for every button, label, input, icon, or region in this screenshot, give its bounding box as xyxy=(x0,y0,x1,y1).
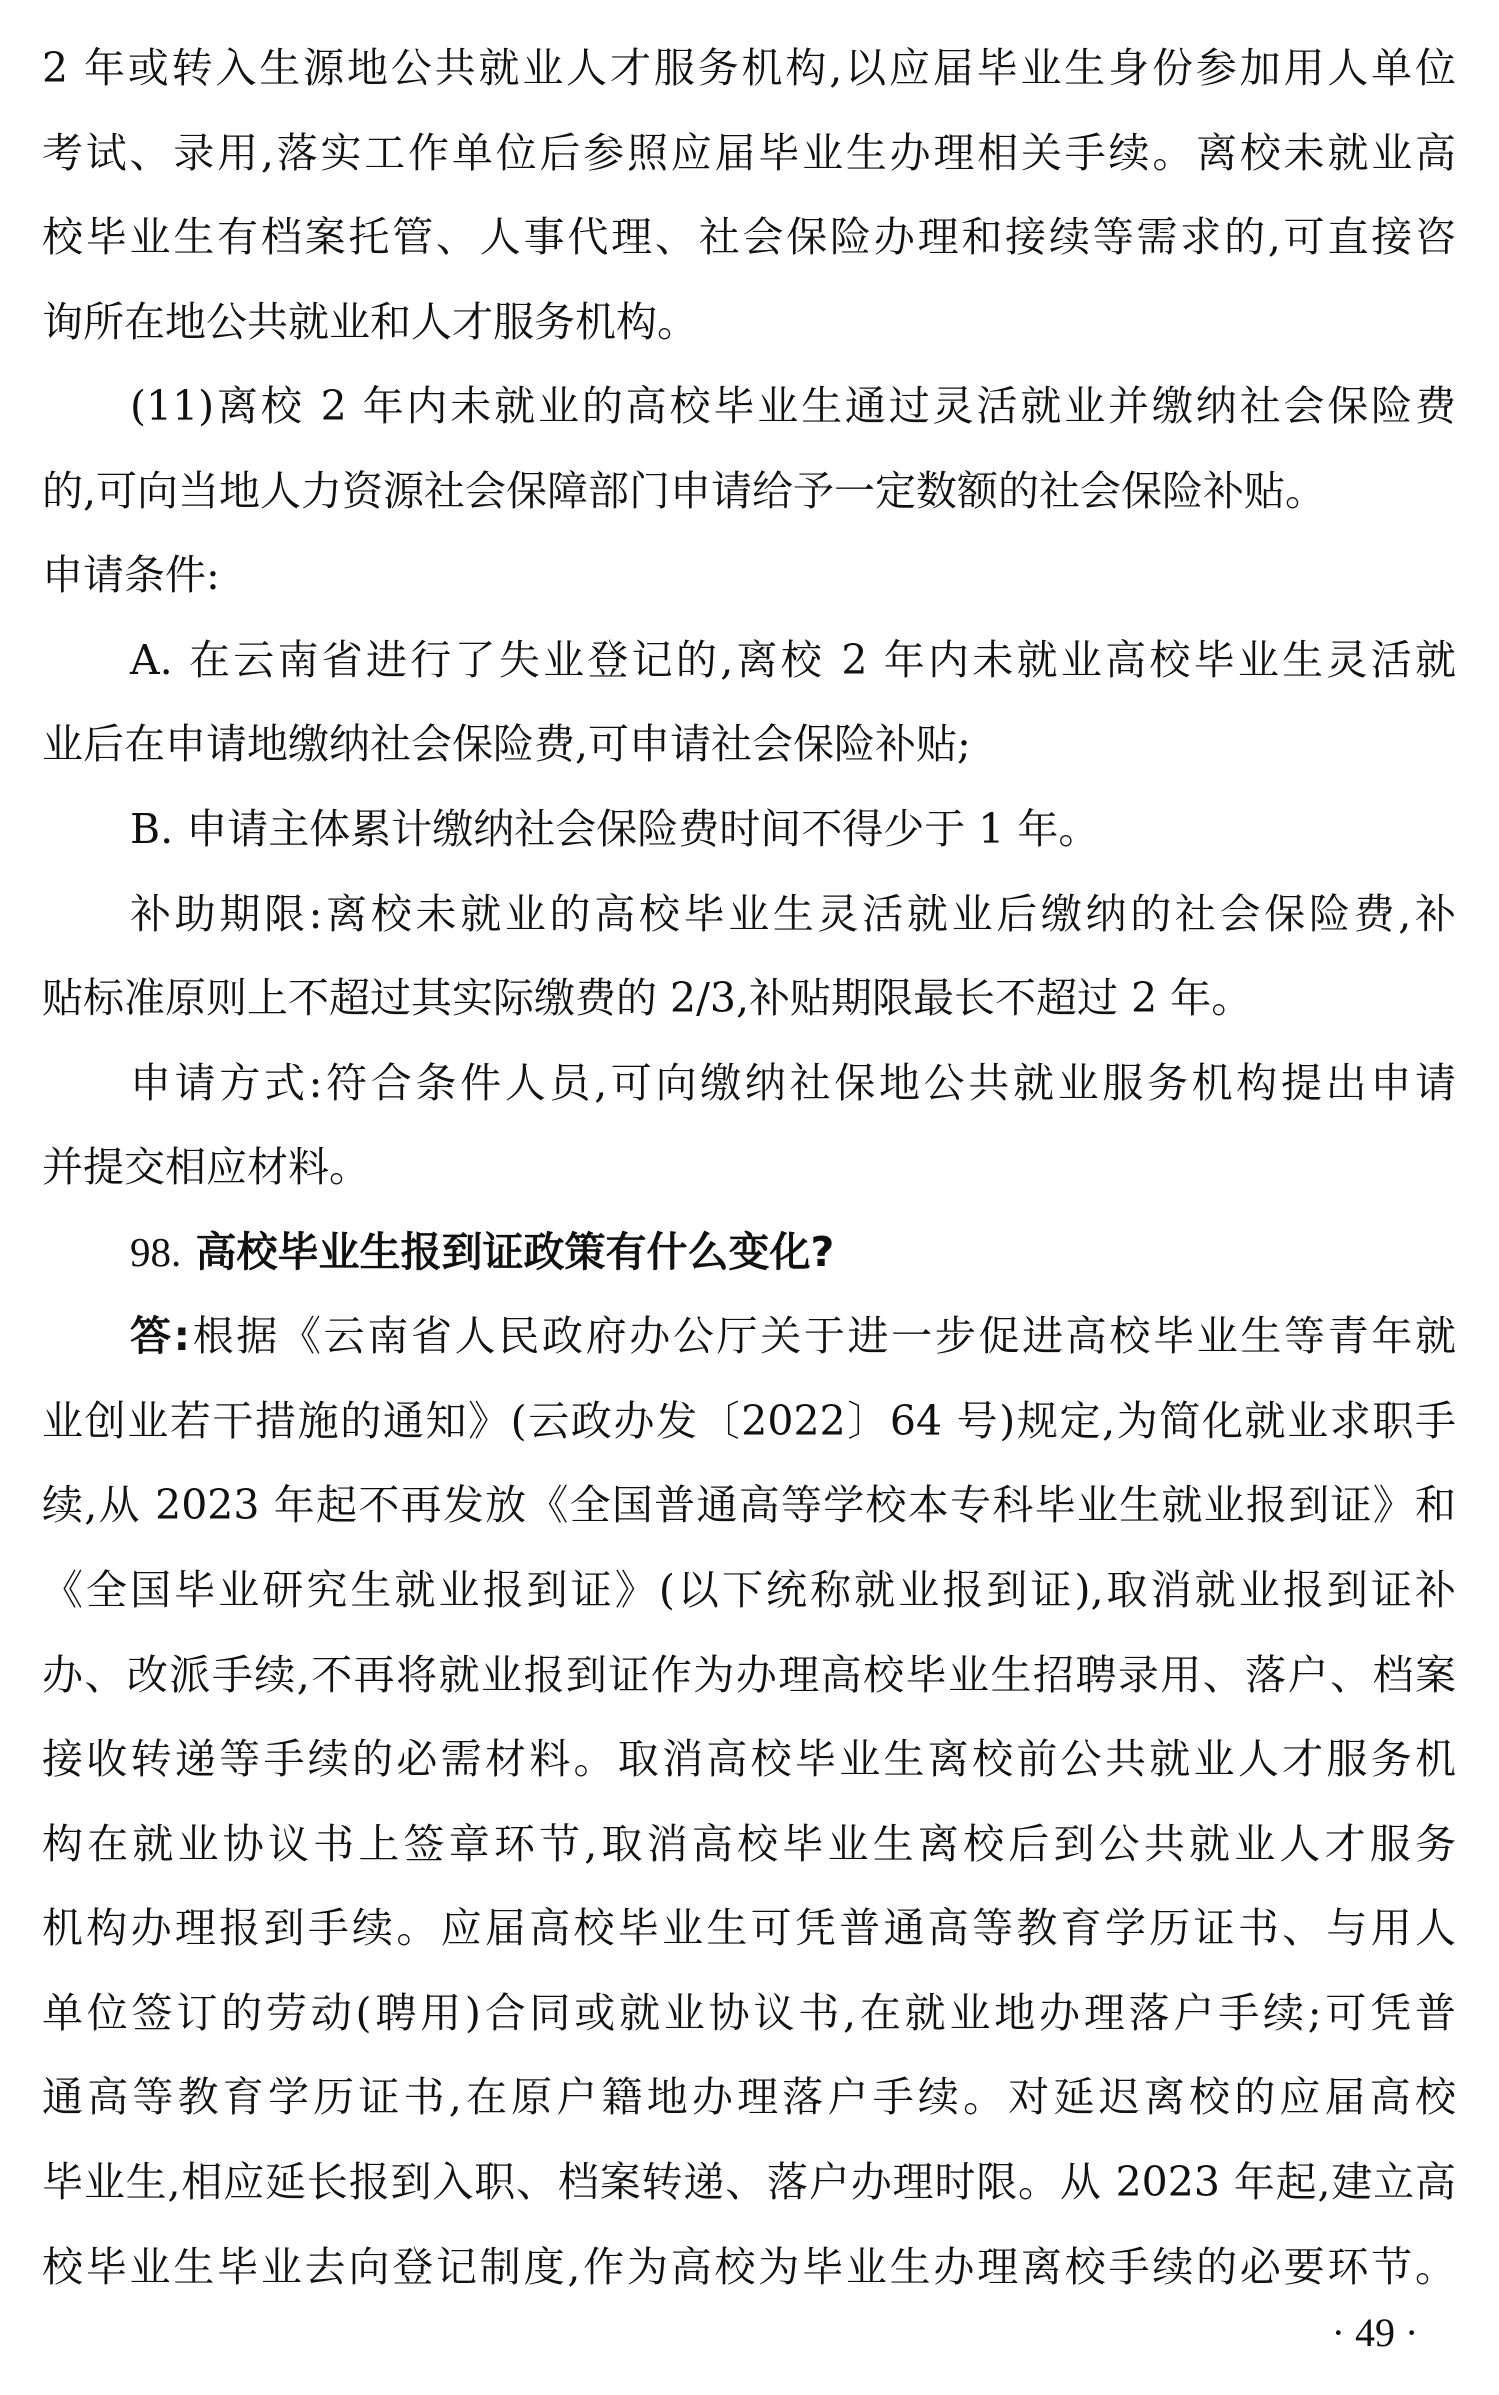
text-line: 2 年或转入生源地公共就业人才服务机构,以应届毕业生身份参加用人单位 xyxy=(42,26,1456,110)
condition-a: A. 在云南省进行了失业登记的,离校 2 年内未就业高校毕业生灵活就 xyxy=(130,618,1456,702)
text-line: 校毕业生有档案托管、人事代理、社会保险办理和接续等需求的,可直接咨 xyxy=(42,195,1456,279)
paragraph-11-start: (11)离校 2 年内未就业的高校毕业生通过灵活就业并缴纳社会保险费 xyxy=(130,364,1456,448)
text-line: 考试、录用,落实工作单位后参照应届毕业生办理相关手续。离校未就业高 xyxy=(42,111,1456,195)
text-line: 单位签订的劳动(聘用)合同或就业协议书,在就业地办理落户手续;可凭普 xyxy=(42,1971,1456,2055)
text-line: 办、改派手续,不再将就业报到证作为办理高校毕业生招聘录用、落户、档案 xyxy=(42,1633,1456,1717)
text-line: 业后在申请地缴纳社会保险费,可申请社会保险补贴; xyxy=(42,702,1456,786)
text-line: 毕业生,相应延长报到入职、档案转递、落户办理时限。从 2023 年起,建立高 xyxy=(42,2140,1456,2224)
condition-b: B. 申请主体累计缴纳社会保险费时间不得少于 1 年。 xyxy=(130,787,1456,871)
page-number: · 49 · xyxy=(1300,2305,1450,2361)
text-line: 机构办理报到手续。应届高校毕业生可凭普通高等教育学历证书、与用人 xyxy=(42,1886,1456,1970)
answer-label: 答: xyxy=(130,1312,190,1360)
text-line: 构在就业协议书上签章环节,取消高校毕业生离校后到公共就业人才服务 xyxy=(42,1802,1456,1886)
question-number: 98. xyxy=(130,1229,181,1275)
text-line: 续,从 2023 年起不再发放《全国普通高等学校本专科毕业生就业报到证》和 xyxy=(42,1463,1456,1547)
text-line: 接收转递等手续的必需材料。取消高校毕业生离校前公共就业人才服务机 xyxy=(42,1717,1456,1801)
application-conditions-label: 申请条件: xyxy=(42,533,1456,617)
text-line: 的,可向当地人力资源社会保障部门申请给予一定数额的社会保险补贴。 xyxy=(42,449,1456,533)
question-heading: 98. 高校毕业生报到证政策有什么变化? xyxy=(130,1210,1456,1294)
text-line: 《全国毕业研究生就业报到证》(以下统称就业报到证),取消就业报到证补 xyxy=(42,1548,1456,1632)
text-line: 业创业若干措施的通知》(云政办发〔2022〕64 号)规定,为简化就业求职手 xyxy=(42,1379,1456,1463)
answer-start: 答:根据《云南省人民政府办公厅关于进一步促进高校毕业生等青年就 xyxy=(130,1294,1456,1378)
answer-text: 根据《云南省人民政府办公厅关于进一步促进高校毕业生等青年就 xyxy=(190,1312,1456,1360)
subsidy-period: 补助期限:离校未就业的高校毕业生灵活就业后缴纳的社会保险费,补 xyxy=(130,872,1456,956)
text-line: 询所在地公共就业和人才服务机构。 xyxy=(42,280,1456,364)
text-line: 贴标准原则上不超过其实际缴费的 2/3,补贴期限最长不超过 2 年。 xyxy=(42,956,1456,1040)
text-line: 通高等教育学历证书,在原户籍地办理落户手续。对延迟离校的应届高校 xyxy=(42,2055,1456,2139)
text-line: 校毕业生毕业去向登记制度,作为高校为毕业生办理离校手续的必要环节。 xyxy=(42,2225,1456,2309)
text-line: 并提交相应材料。 xyxy=(42,1125,1456,1209)
application-method: 申请方式:符合条件人员,可向缴纳社保地公共就业服务机构提出申请 xyxy=(130,1041,1456,1125)
question-text: 高校毕业生报到证政策有什么变化? xyxy=(196,1228,835,1276)
document-page: 2 年或转入生源地公共就业人才服务机构,以应届毕业生身份参加用人单位 考试、录用… xyxy=(0,0,1499,2395)
